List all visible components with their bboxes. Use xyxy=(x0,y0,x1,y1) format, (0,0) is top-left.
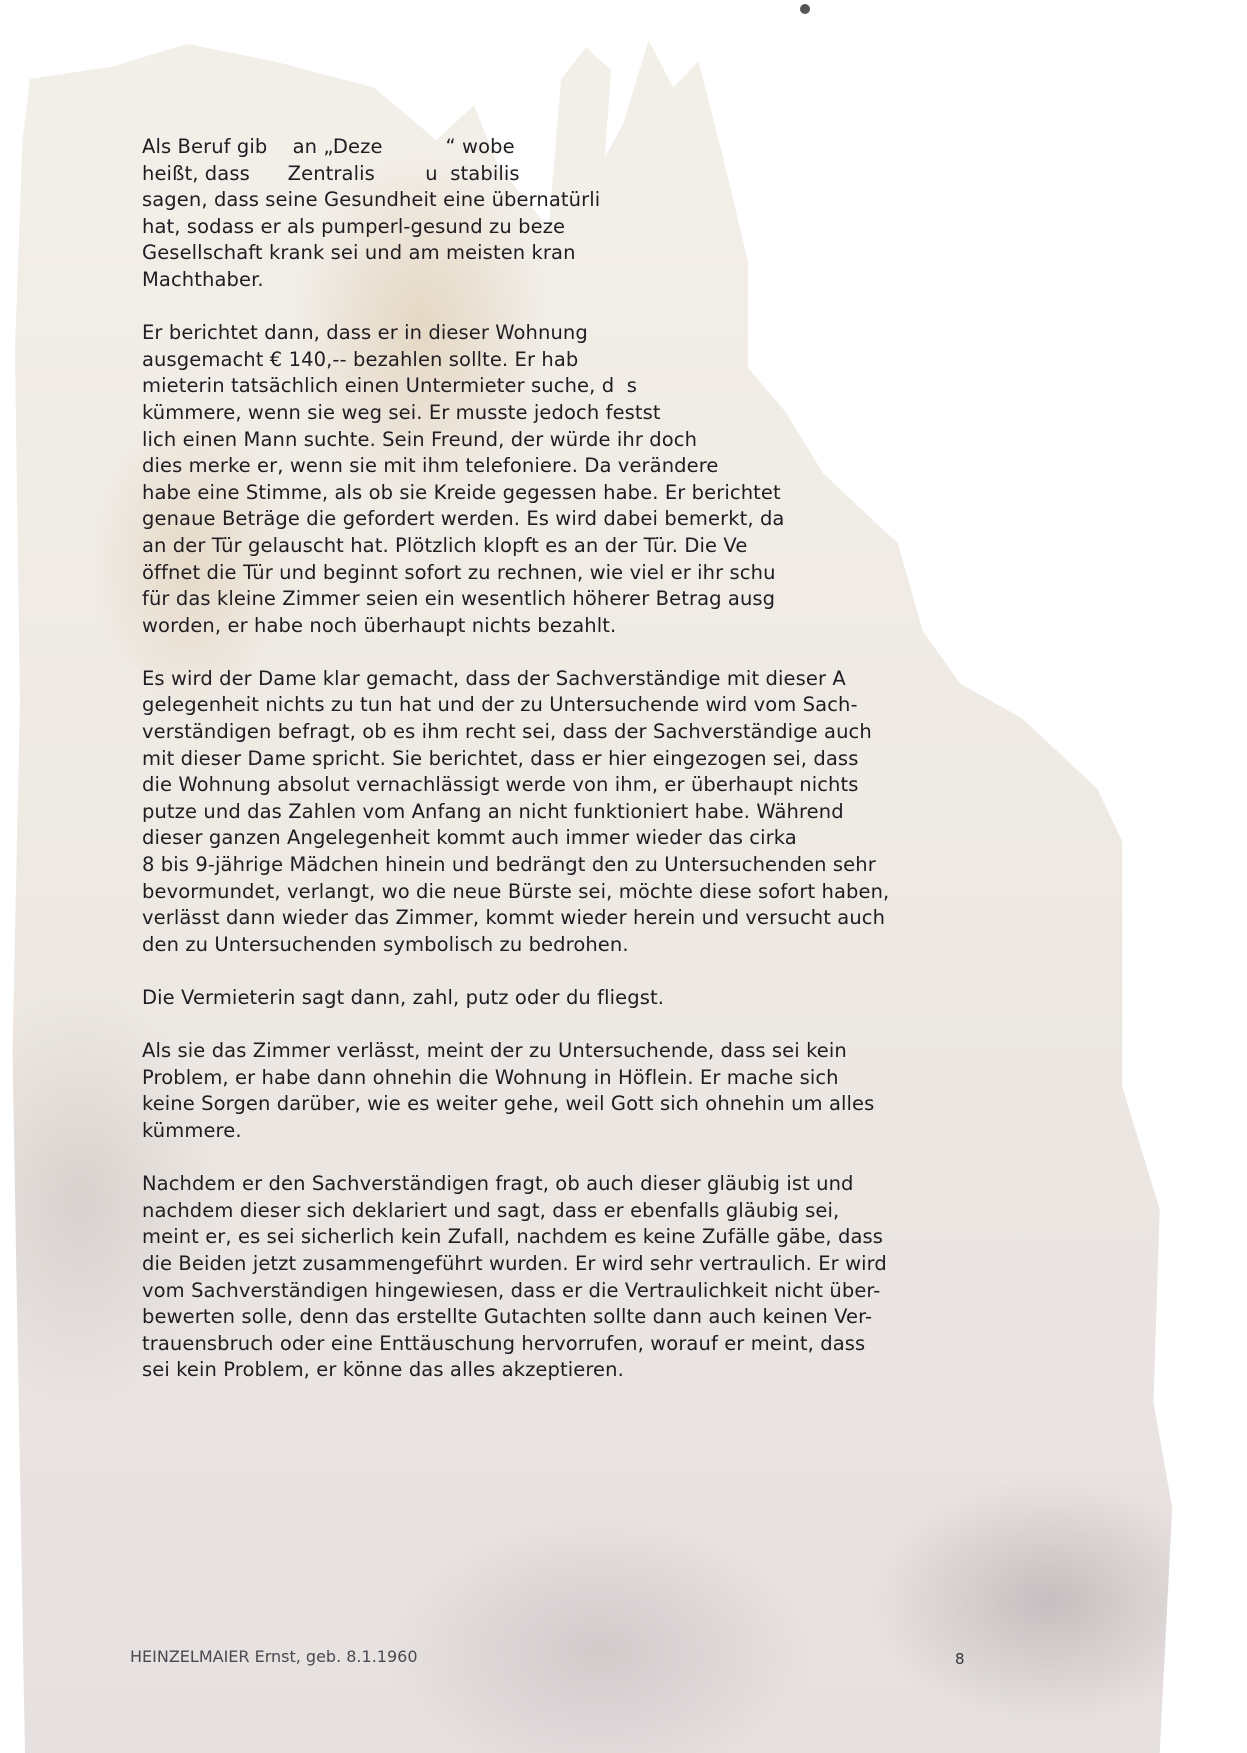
text-line: Als Beruf gib an „Deze “ wobe xyxy=(142,134,982,161)
text-line: habe eine Stimme, als ob sie Kreide gege… xyxy=(142,480,982,507)
text-line: nachdem dieser sich deklariert und sagt,… xyxy=(142,1198,982,1225)
paragraph: Er berichtet dann, dass er in dieser Woh… xyxy=(142,320,982,639)
text-line: verständigen befragt, ob es ihm recht se… xyxy=(142,719,982,746)
text-line: kümmere, wenn sie weg sei. Er musste jed… xyxy=(142,400,982,427)
text-line: keine Sorgen darüber, wie es weiter gehe… xyxy=(142,1091,982,1118)
text-line: Es wird der Dame klar gemacht, dass der … xyxy=(142,666,982,693)
text-line: sagen, dass seine Gesundheit eine überna… xyxy=(142,187,982,214)
text-line: an der Tür gelauscht hat. Plötzlich klop… xyxy=(142,533,982,560)
text-line: Als sie das Zimmer verlässt, meint der z… xyxy=(142,1038,982,1065)
page-number: 8 xyxy=(955,1650,965,1668)
text-line: hat, sodass er als pumperl-gesund zu bez… xyxy=(142,214,982,241)
text-line: Gesellschaft krank sei und am meisten kr… xyxy=(142,240,982,267)
text-line: sei kein Problem, er könne das alles akz… xyxy=(142,1357,982,1384)
text-line: bevormundet, verlangt, wo die neue Bürst… xyxy=(142,879,982,906)
text-line: für das kleine Zimmer seien ein wesentli… xyxy=(142,586,982,613)
text-line: lich einen Mann suchte. Sein Freund, der… xyxy=(142,427,982,454)
text-line: den zu Untersuchenden symbolisch zu bedr… xyxy=(142,932,982,959)
text-line: dies merke er, wenn sie mit ihm telefoni… xyxy=(142,453,982,480)
text-line: die Beiden jetzt zusammengeführt wurden.… xyxy=(142,1251,982,1278)
text-line: putze und das Zahlen vom Anfang an nicht… xyxy=(142,799,982,826)
text-line: heißt, dass Zentralis u stabilis xyxy=(142,161,982,188)
paper-speck xyxy=(800,4,810,14)
text-line: die Wohnung absolut vernachlässigt werde… xyxy=(142,772,982,799)
text-line: öffnet die Tür und beginnt sofort zu rec… xyxy=(142,560,982,587)
text-line: mieterin tatsächlich einen Untermieter s… xyxy=(142,373,982,400)
text-line: gelegenheit nichts zu tun hat und der zu… xyxy=(142,692,982,719)
text-line: vom Sachverständigen hingewiesen, dass e… xyxy=(142,1278,982,1305)
text-line: Die Vermieterin sagt dann, zahl, putz od… xyxy=(142,985,982,1012)
text-line: mit dieser Dame spricht. Sie berichtet, … xyxy=(142,746,982,773)
document-body: Als Beruf gib an „Deze “ wobeheißt, dass… xyxy=(142,134,982,1384)
paragraph: Als Beruf gib an „Deze “ wobeheißt, dass… xyxy=(142,134,982,294)
text-line: 8 bis 9-jährige Mädchen hinein und bedrä… xyxy=(142,852,982,879)
text-line: dieser ganzen Angelegenheit kommt auch i… xyxy=(142,825,982,852)
paragraph: Nachdem er den Sachverständigen fragt, o… xyxy=(142,1171,982,1384)
text-line: Nachdem er den Sachverständigen fragt, o… xyxy=(142,1171,982,1198)
paragraph: Als sie das Zimmer verlässt, meint der z… xyxy=(142,1038,982,1144)
text-line: genaue Beträge die gefordert werden. Es … xyxy=(142,506,982,533)
text-line: kümmere. xyxy=(142,1118,982,1145)
paragraph: Die Vermieterin sagt dann, zahl, putz od… xyxy=(142,985,982,1012)
text-line: ausgemacht € 140,-- bezahlen sollte. Er … xyxy=(142,347,982,374)
footer-name-line: HEINZELMAIER Ernst, geb. 8.1.1960 xyxy=(130,1647,418,1666)
text-line: bewerten solle, denn das erstellte Gutac… xyxy=(142,1304,982,1331)
text-line: worden, er habe noch überhaupt nichts be… xyxy=(142,613,982,640)
text-line: Machthaber. xyxy=(142,267,982,294)
text-line: Er berichtet dann, dass er in dieser Woh… xyxy=(142,320,982,347)
text-line: trauensbruch oder eine Enttäuschung herv… xyxy=(142,1331,982,1358)
text-line: Problem, er habe dann ohnehin die Wohnun… xyxy=(142,1065,982,1092)
text-line: verlässt dann wieder das Zimmer, kommt w… xyxy=(142,905,982,932)
text-line: meint er, es sei sicherlich kein Zufall,… xyxy=(142,1224,982,1251)
paragraph: Es wird der Dame klar gemacht, dass der … xyxy=(142,666,982,959)
